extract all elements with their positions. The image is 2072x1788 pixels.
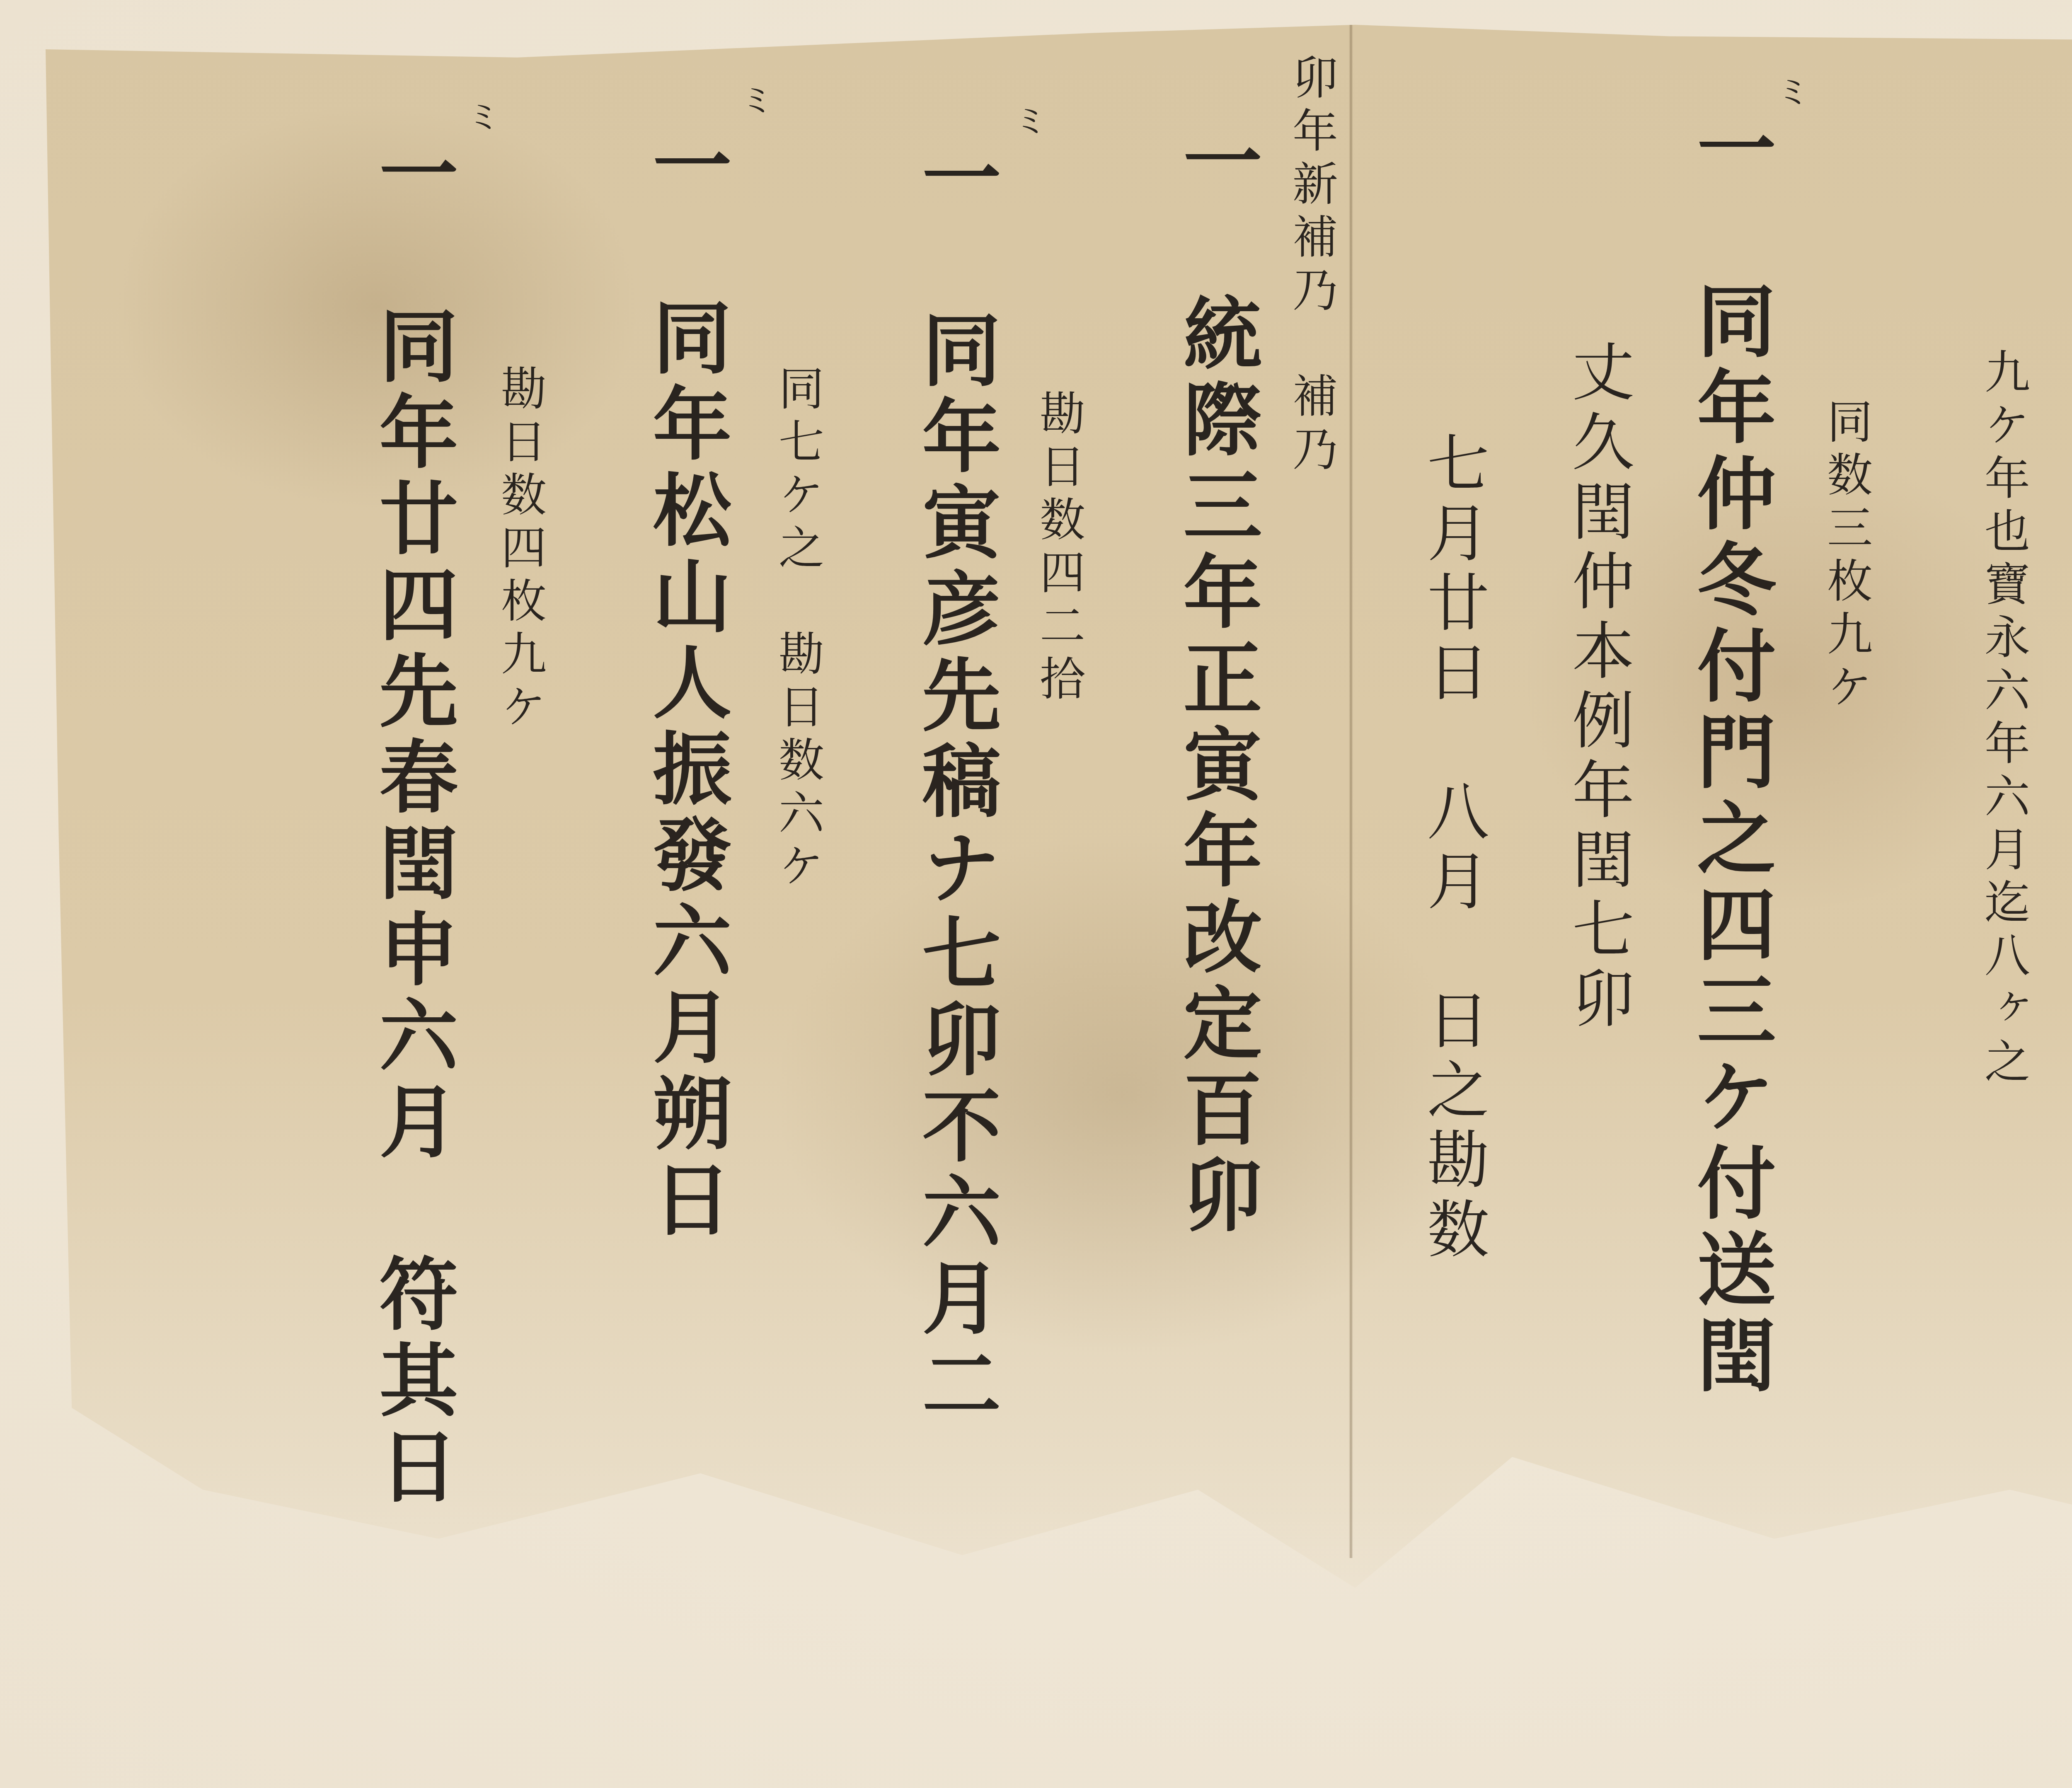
text-column-15: 一 同年廿四先春閏申六月 符其日 (373, 133, 452, 1512)
text-column-10: 勘日数四二拾 (1036, 390, 1082, 708)
text-column-8: 卯年新補乃 補乃 (1289, 54, 1334, 478)
text-column-13-annotation: ミ (738, 83, 771, 123)
text-column-5-annotation: ミ (1774, 75, 1807, 115)
text-column-3: 九ケ年也寶永六年六月迄八ヶ之 (1981, 348, 2026, 1091)
text-column-9: 一 統際三年正寅年改定百卯 (1177, 120, 1256, 1241)
text-column-6: 丈久閏仲本例年閏七卯 (1566, 340, 1629, 1036)
text-column-12: 同七ケ之 勘日数六ケ (775, 365, 821, 895)
text-column-14: 勘日数四枚九ケ (497, 365, 543, 736)
text-column-15-annotation: ミ (464, 99, 497, 140)
text-column-4: 同数三枚九ケ (1823, 398, 1869, 716)
center-fold (1349, 25, 1353, 1558)
text-column-5: 一 同年仲冬付門之四三ケ付送閏 (1691, 108, 1769, 1401)
text-column-11-annotation: ミ (1011, 104, 1044, 144)
text-column-11: 一 同年寅彦先稿ナ七卯不六月二 (916, 137, 995, 1430)
text-column-13: 一 同年松山人振發六月朔日 (646, 124, 725, 1245)
text-column-7: 七月廿日 八月 日之勘数 (1421, 431, 1484, 1266)
